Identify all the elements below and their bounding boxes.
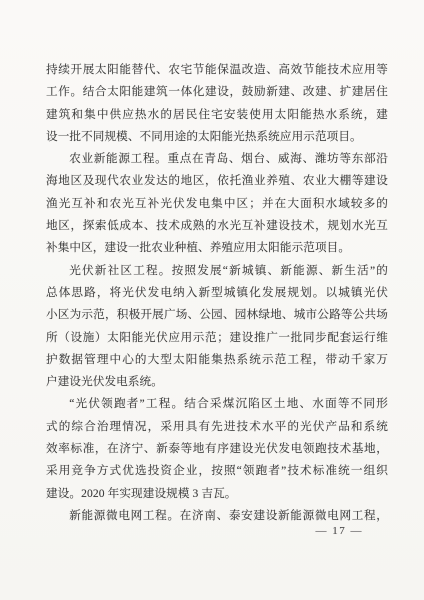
paragraph-microgrid: 新能源微电网工程。在济南、泰安建设新能源微电网工程， [46,505,388,527]
text-line: 海地区及现代农业发达的地区，依托渔业养殖、农业大棚等建设 [46,170,388,192]
text-line: 式的综合治理情况，采用具有先进技术水平的光伏产品和系统 [46,416,388,438]
text-line: 小区为示范，积极开展广场、公园、园林绿地、城市公路等公共场 [46,304,388,326]
text-line: 所（设施）太阳能光伏应用示范；建设推广一批同步配套运行维 [46,327,388,349]
text-line: 工作。结合太阳能建筑一体化建设，鼓励新建、改建、扩建居住 [46,81,388,103]
text-line: 护数据管理中心的大型太阳能集热系统示范工程，带动千家万 [46,349,388,371]
text-line: 采用竞争方式优选投资企业，按照“领跑者”技术标准统一组织 [46,460,388,482]
paragraph-solar-thermal: 持续开展太阳能替代、农宅节能保温改造、高效节能技术应用等 工作。结合太阳能建筑一… [46,59,388,148]
text-line: 新能源微电网工程。在济南、泰安建设新能源微电网工程， [46,505,388,527]
text-line: 光伏新社区工程。按照发展“新城镇、新能源、新生活”的 [46,260,388,282]
page-number: — 17 — [316,525,364,537]
text-line: 农业新能源工程。重点在青岛、烟台、威海、潍坊等东部沿 [46,148,388,170]
text-line: 效率标准，在济宁、新泰等地有序建设光伏发电领跑技术基地， [46,438,388,460]
text-line: 设一批不同规模、不同用途的太阳能光热系统应用示范项目。 [46,126,388,148]
text-line: 户建设光伏发电系统。 [46,371,388,393]
text-line: 总体思路，将光伏发电纳入新型城镇化发展规划。以城镇光伏 [46,282,388,304]
text-line: 补集中区，建设一批农业种植、养殖应用太阳能示范项目。 [46,237,388,259]
text-line: 建设。2020 年实现建设规模 3 吉瓦。 [46,483,388,505]
text-line: “光伏领跑者”工程。结合采煤沉陷区土地、水面等不同形 [46,393,388,415]
document-page: 持续开展太阳能替代、农宅节能保温改造、高效节能技术应用等 工作。结合太阳能建筑一… [0,0,424,600]
paragraph-pv-new-community: 光伏新社区工程。按照发展“新城镇、新能源、新生活”的 总体思路，将光伏发电纳入新… [46,260,388,394]
paragraph-pv-frontrunner: “光伏领跑者”工程。结合采煤沉陷区土地、水面等不同形 式的综合治理情况，采用具有… [46,393,388,504]
text-line: 渔光互补和农光互补光伏发电集中区；并在大面积水域较多的 [46,193,388,215]
body-text: 持续开展太阳能替代、农宅节能保温改造、高效节能技术应用等 工作。结合太阳能建筑一… [46,59,388,527]
text-line: 建筑和集中供应热水的居民住宅安装使用太阳能热水系统，建 [46,104,388,126]
paragraph-agriculture-new-energy: 农业新能源工程。重点在青岛、烟台、威海、潍坊等东部沿 海地区及现代农业发达的地区… [46,148,388,259]
text-line: 持续开展太阳能替代、农宅节能保温改造、高效节能技术应用等 [46,59,388,81]
text-line: 地区，探索低成本、技术成熟的水光互补建设技术，规划水光互 [46,215,388,237]
